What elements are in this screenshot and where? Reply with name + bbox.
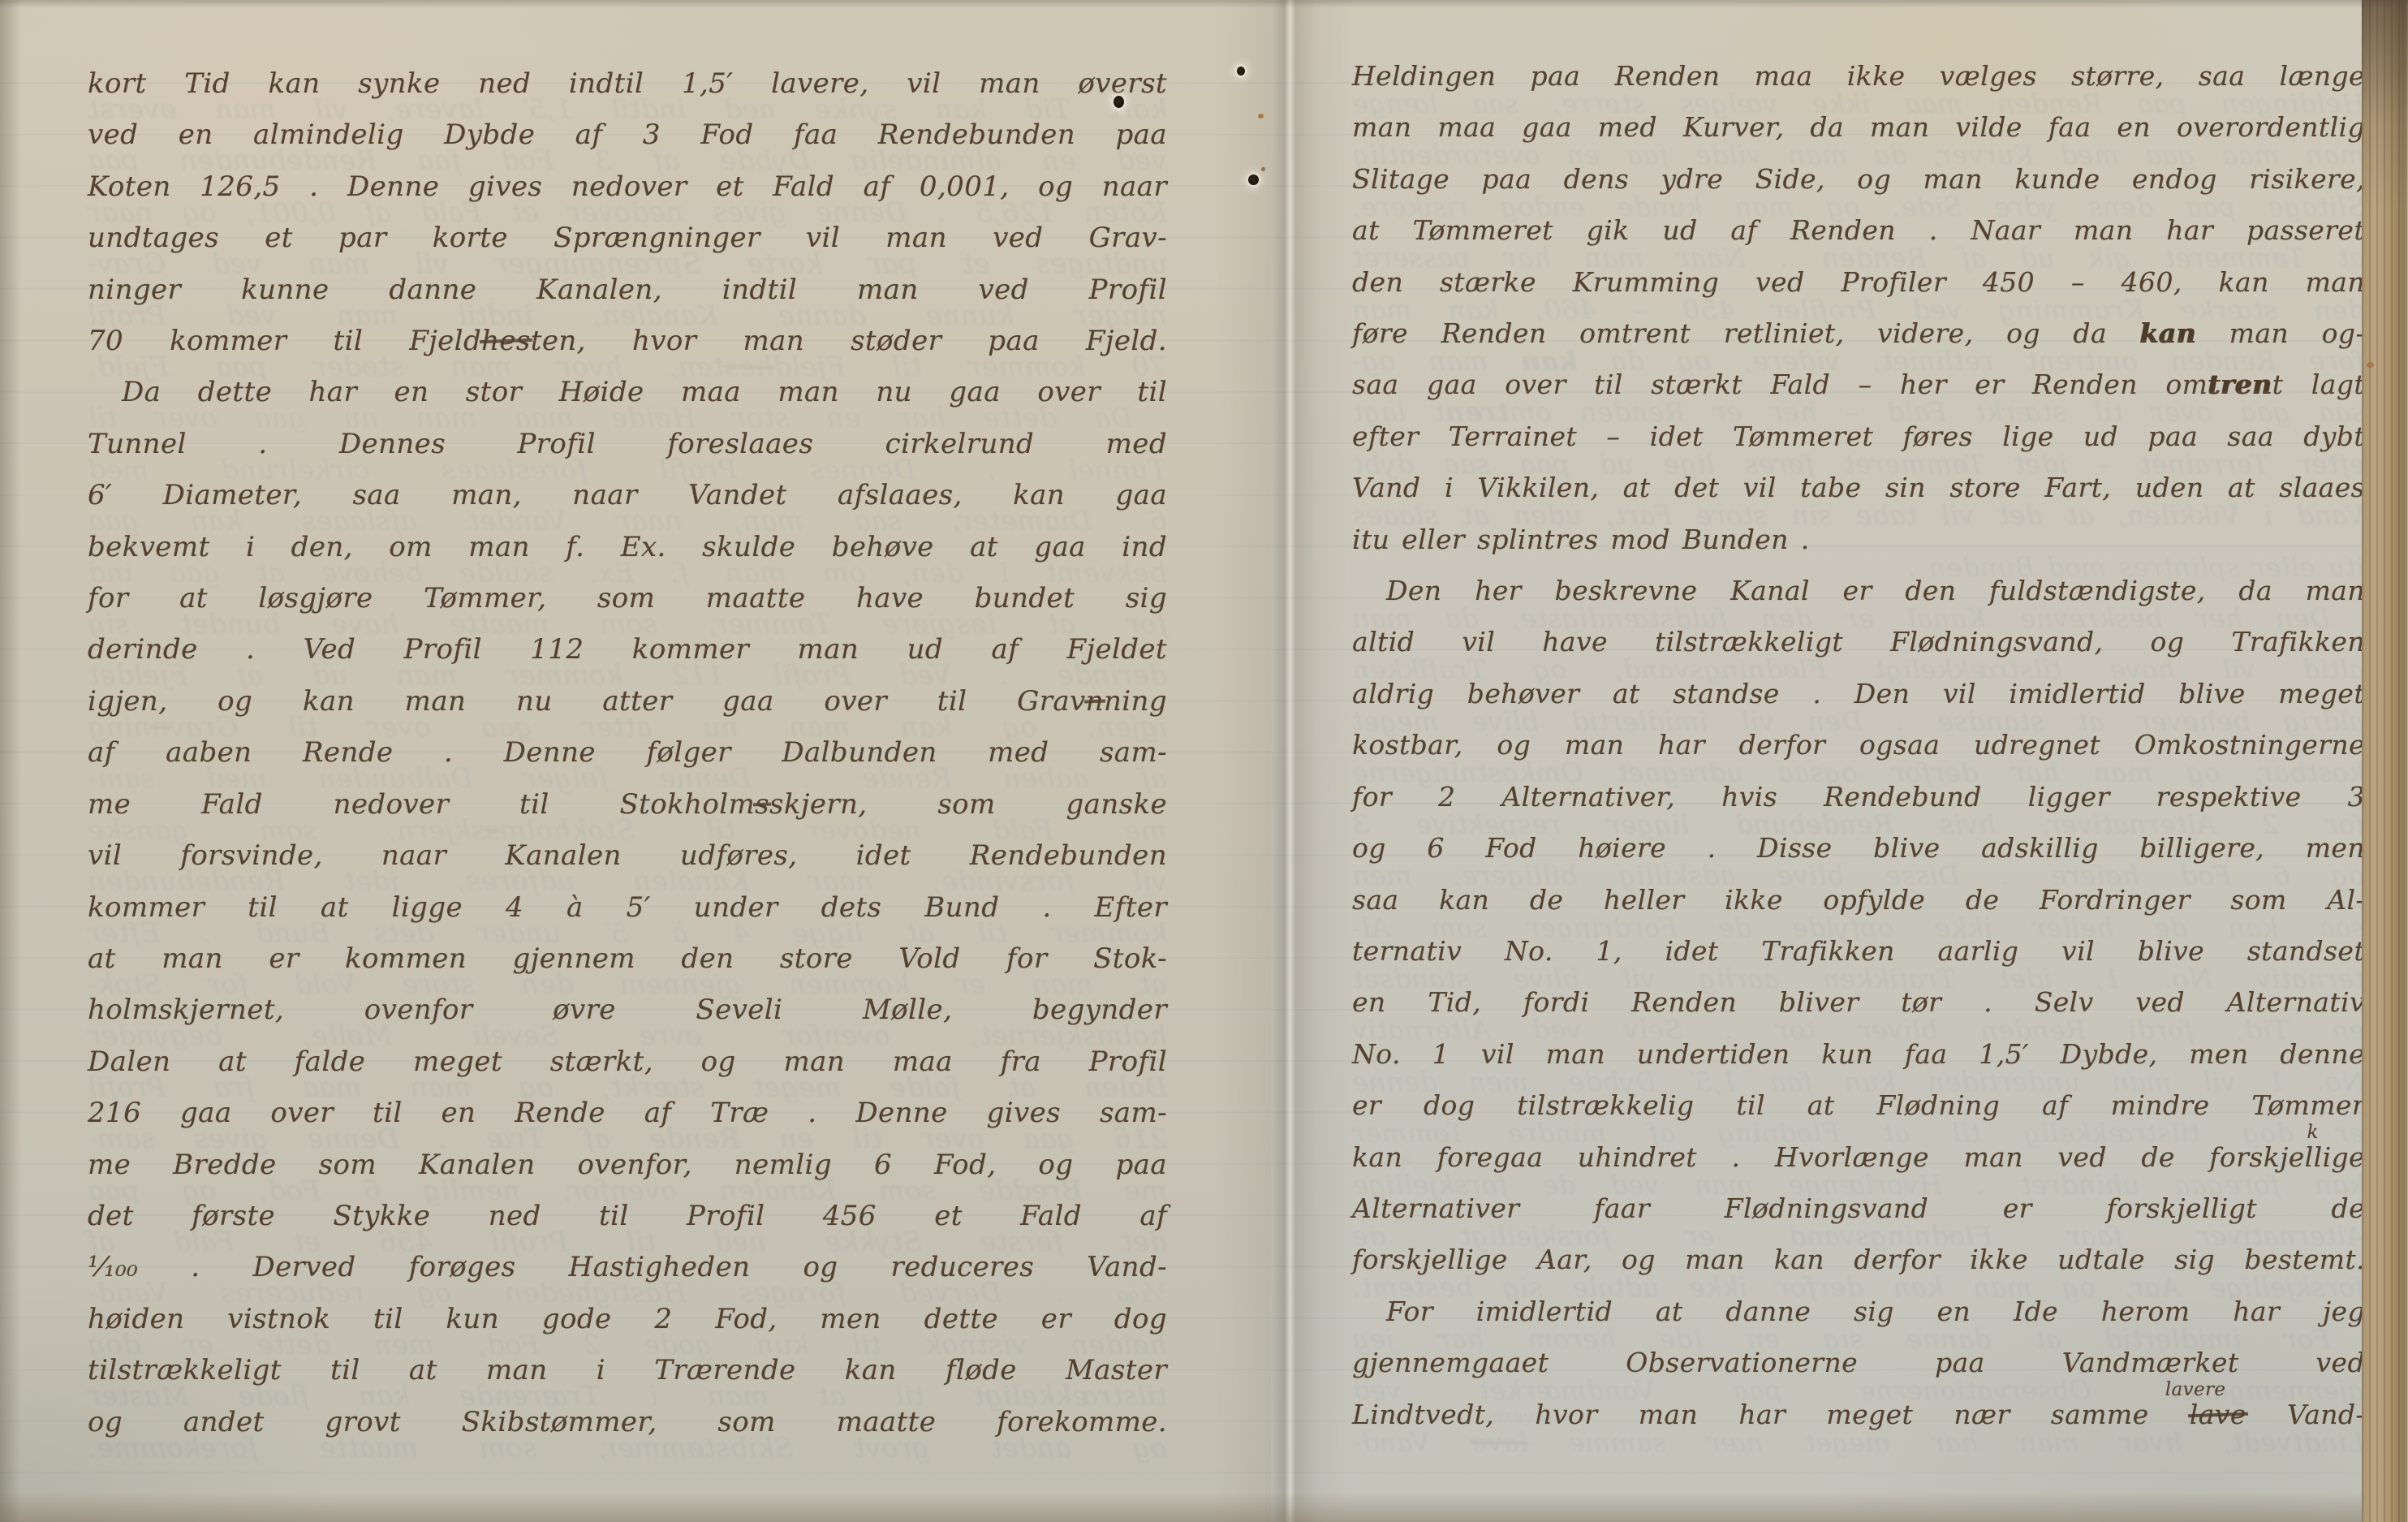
left-page-text: kort Tid kan synke ned indtil 1,5′ laver… — [88, 58, 1167, 1448]
manuscript-line: forskjellige Aar, og man kan derfor ikke… — [1352, 1234, 2365, 1285]
manuscript-line: det første Stykke ned til Profil 456 et … — [88, 1191, 1167, 1242]
bottom-edge-shadow — [0, 1492, 2362, 1522]
manuscript-line: at man er kommen gjennem den store Vold … — [88, 933, 1167, 985]
manuscript-line: Lindtvedt, hvor man har meget nær samme … — [1352, 1389, 2365, 1440]
inserted-word: k — [2307, 1123, 2319, 1142]
wormhole — [1248, 175, 1259, 185]
manuscript-line: No. 1 vil man undertiden kun faa 1,5′ Dy… — [1352, 1028, 2365, 1080]
manuscript-line: tilstrækkeligt til at man i Trærende kan… — [88, 1345, 1167, 1396]
manuscript-line: me Fald nedover til Stokholmsskjern, som… — [88, 779, 1167, 830]
manuscript-line: derinde . Ved Profil 112 kommer man ud a… — [88, 624, 1167, 675]
top-edge-shadow — [0, 0, 2408, 8]
rust-speck — [1261, 167, 1265, 171]
manuscript-line: saa kan de heller ikke opfylde de Fordri… — [1352, 874, 2365, 925]
manuscript-line: man maa gaa med Kurver, da man vilde faa… — [1352, 101, 2365, 153]
manuscript-line: saa gaa over til stærkt Fald – her er Re… — [1352, 359, 2365, 410]
manuscript-line: Vand i Vikkilen, at det vil tabe sin sto… — [1352, 462, 2365, 513]
manuscript-line: kommer til at ligge 4 à 5′ under dets Bu… — [88, 882, 1167, 933]
manuscript-line: Da dette har en stor Høide maa man nu ga… — [88, 367, 1167, 418]
manuscript-line: Koten 126,5 . Denne gives nedover et Fal… — [88, 162, 1167, 213]
manuscript-line: er dog tilstrækkelig til at Flødning af … — [1352, 1080, 2365, 1131]
right-page: Heldingen paa Renden maa ikke vælges stø… — [1271, 0, 2362, 1522]
manuscript-line: 216 gaa over til en Rende af Træ . Denne… — [88, 1088, 1167, 1139]
struck-word: n — [1086, 685, 1104, 718]
manuscript-line: Tunnel . Dennes Profil foreslaaes cirkel… — [88, 419, 1167, 470]
wormhole — [1237, 67, 1245, 75]
manuscript-line: høiden vistnok til kun gode 2 Fod, men d… — [88, 1294, 1167, 1345]
manuscript-line: af aaben Rende . Denne følger Dalbunden … — [88, 727, 1167, 778]
overwritten-word: kan — [2140, 317, 2196, 349]
manuscript-line: holmskjernet, ovenfor øvre Seveli Mølle,… — [88, 985, 1167, 1036]
inserted-word: lavere — [2165, 1381, 2226, 1399]
struck-word: s — [755, 788, 769, 821]
struck-word: lave — [2190, 1399, 2246, 1430]
manuscript-line: Dalen at falde meget stærkt, og man maa … — [88, 1037, 1167, 1088]
manuscript-line: Slitage paa dens ydre Side, og man kunde… — [1352, 153, 2365, 205]
manuscript-line: undtages et par korte Sprængninger vil m… — [88, 213, 1167, 264]
wormhole — [1114, 96, 1124, 108]
manuscript-line: Heldingen paa Renden maa ikke vælges stø… — [1352, 50, 2365, 101]
left-edge-shadow — [0, 0, 21, 1522]
manuscript-line: en Tid, fordi Renden bliver tør . Selv v… — [1352, 977, 2365, 1028]
manuscript-line: og andet grovt Skibstømmer, som maatte f… — [88, 1397, 1167, 1448]
manuscript-line: For imidlertid at danne sig en Ide herom… — [1352, 1286, 2365, 1337]
rust-speck — [1258, 114, 1264, 119]
manuscript-line: Alternativer faar Flødningsvand er forsk… — [1352, 1183, 2365, 1234]
left-page: kort Tid kan synke ned indtil 1,5′ laver… — [0, 0, 1271, 1522]
right-page-text: Heldingen paa Renden maa ikke vælges stø… — [1352, 50, 2365, 1440]
overwritten-word: tren — [2208, 369, 2272, 400]
struck-word: hes — [481, 325, 531, 357]
manuscript-line: vil forsvinde, naar Kanalen udføres, ide… — [88, 830, 1167, 882]
manuscript-line: at Tømmeret gik ud af Renden . Naar man … — [1352, 205, 2365, 256]
manuscript-line: kort Tid kan synke ned indtil 1,5′ laver… — [88, 58, 1167, 110]
manuscript-line: aldrig behøver at standse . Den vil imid… — [1352, 668, 2365, 719]
manuscript-line: ninger kunne danne Kanalen, indtil man v… — [88, 265, 1167, 316]
manuscript-line: og 6 Fod høiere . Disse blive adskillig … — [1352, 822, 2365, 873]
manuscript-spread: kort Tid kan synke ned indtil 1,5′ laver… — [0, 0, 2408, 1522]
manuscript-line: ternativ No. 1, idet Trafikken aarlig vi… — [1352, 925, 2365, 977]
manuscript-line: itu eller splintres mod Bunden . — [1352, 514, 2365, 565]
manuscript-line: me Bredde som Kanalen ovenfor, nemlig 6 … — [88, 1140, 1167, 1191]
manuscript-line: 6′ Diameter, saa man, naar Vandet afslaa… — [88, 470, 1167, 521]
manuscript-line: efter Terrainet – idet Tømmeret føres li… — [1352, 411, 2365, 462]
manuscript-line: for 2 Alternativer, hvis Rendebund ligge… — [1352, 771, 2365, 822]
manuscript-line: 70 kommer til Fjeldhesten, hvor man stød… — [88, 316, 1167, 367]
rust-speck — [2367, 362, 2374, 368]
manuscript-line: altid vil have tilstrækkeligt Flødningsv… — [1352, 616, 2365, 667]
manuscript-line: den stærke Krumming ved Profiler 450 – 4… — [1352, 257, 2365, 308]
manuscript-line: for at løsgjøre Tømmer, som maatte have … — [88, 573, 1167, 624]
manuscript-line: kan foregaa uhindret . Hvorlænge man ved… — [1352, 1132, 2365, 1183]
manuscript-line: ved en almindelig Dybde af 3 Fod faa Ren… — [88, 110, 1167, 161]
manuscript-line: igjen, og kan man nu atter gaa over til … — [88, 676, 1167, 727]
manuscript-line: Den her beskrevne Kanal er den fuldstænd… — [1352, 565, 2365, 616]
manuscript-line: bekvemt i den, om man f. Ex. skulde behø… — [88, 522, 1167, 573]
page-edge-stack — [2362, 0, 2408, 1522]
manuscript-line: kostbar, og man har derfor ogsaa udregne… — [1352, 719, 2365, 770]
manuscript-line: ¹⁄₁₀₀ . Derved forøges Hastigheden og re… — [88, 1242, 1167, 1293]
manuscript-line: føre Renden omtrent retliniet, videre, o… — [1352, 308, 2365, 359]
